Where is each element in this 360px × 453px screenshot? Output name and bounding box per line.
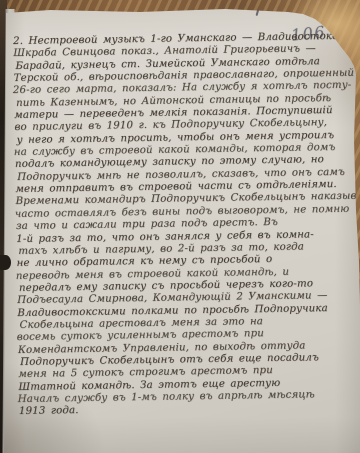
- binding-notch: [0, 255, 11, 270]
- scanned-manuscript-page: 106 2. Нестроевой музыкъ 1-го Уманскаго …: [0, 0, 360, 453]
- handwritten-text-block: 2. Нестроевой музыкъ 1-го Уманскаго — Вл…: [13, 31, 360, 419]
- manuscript-paper: 106 2. Нестроевой музыкъ 1-го Уманскаго …: [0, 0, 360, 453]
